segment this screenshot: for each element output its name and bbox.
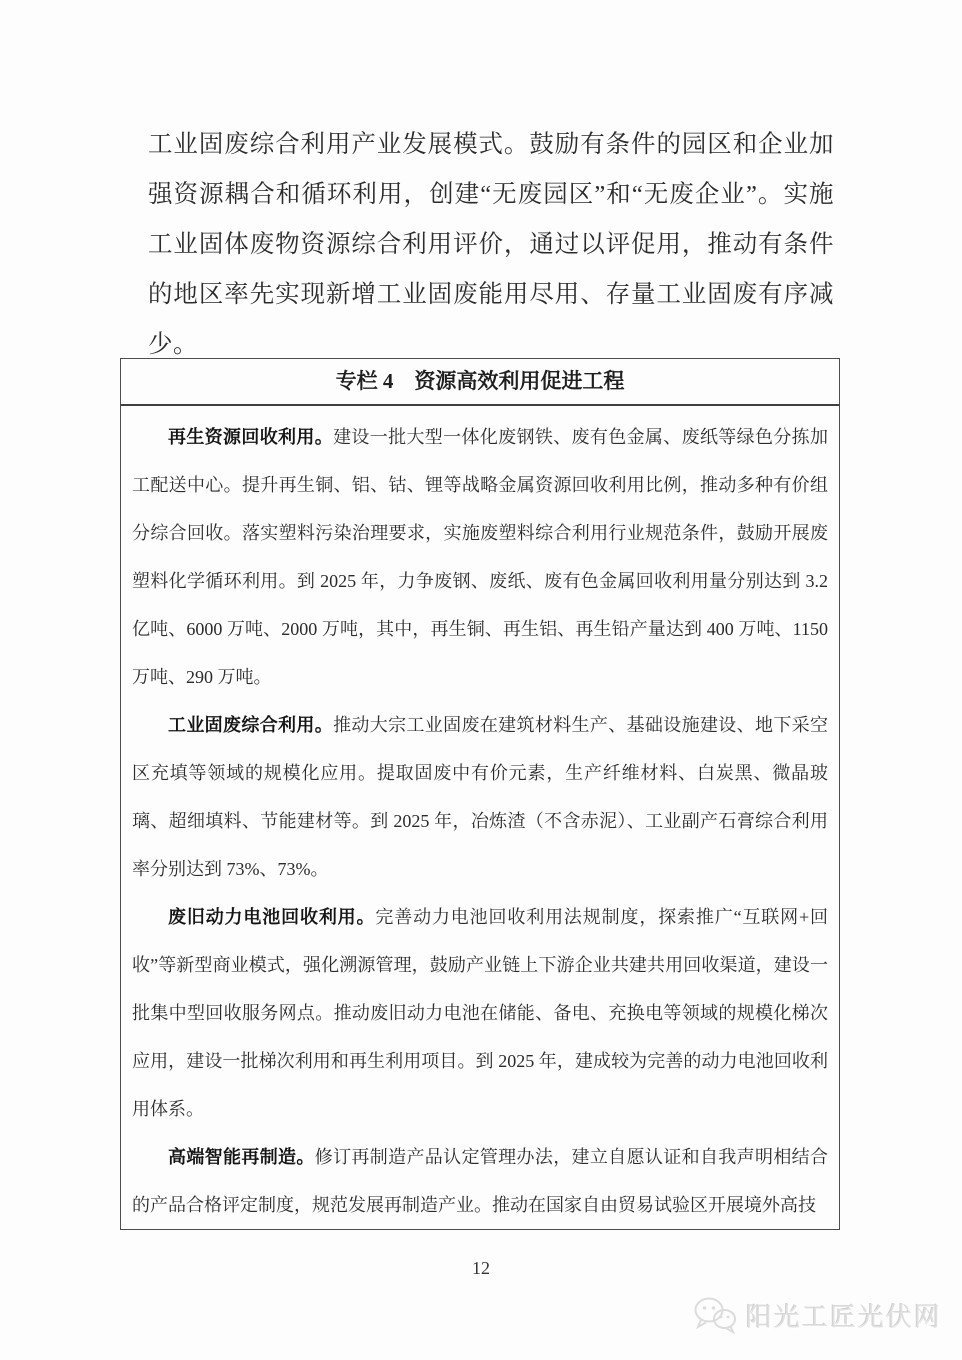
- panel-paragraph: 再生资源回收利用。建设一批大型一体化废钢铁、废有色金属、废纸等绿色分拣加工配送中…: [132, 413, 828, 701]
- paragraph-lead: 高端智能再制造。: [168, 1147, 315, 1167]
- paragraph-text: 推动大宗工业固废在建筑材料生产、基础设施建设、地下采空区充填等领域的规模化应用。…: [132, 715, 828, 879]
- paragraph-lead: 工业固废综合利用。: [168, 715, 333, 735]
- panel-paragraph: 高端智能再制造。修订再制造产品认定管理办法，建立自愿认证和自我声明相结合的产品合…: [132, 1133, 828, 1229]
- intro-paragraph: 工业固废综合利用产业发展模式。鼓励有条件的园区和企业加强资源耦合和循环利用，创建…: [148, 120, 834, 370]
- wechat-icon: [692, 1296, 738, 1334]
- panel-paragraph: 废旧动力电池回收利用。完善动力电池回收利用法规制度，探索推广“互联网+回收”等新…: [132, 893, 828, 1133]
- panel-paragraph: 工业固废综合利用。推动大宗工业固废在建筑材料生产、基础设施建设、地下采空区充填等…: [132, 701, 828, 893]
- paragraph-lead: 废旧动力电池回收利用。: [168, 907, 375, 927]
- watermark-label: 阳光工匠光伏网: [746, 1297, 942, 1334]
- callout-box-title: 专栏 4 资源高效利用促进工程: [121, 359, 839, 406]
- callout-box-body: 再生资源回收利用。建设一批大型一体化废钢铁、废有色金属、废纸等绿色分拣加工配送中…: [121, 406, 839, 1229]
- callout-box: 专栏 4 资源高效利用促进工程 再生资源回收利用。建设一批大型一体化废钢铁、废有…: [120, 358, 840, 1230]
- paragraph-text: 建设一批大型一体化废钢铁、废有色金属、废纸等绿色分拣加工配送中心。提升再生铜、铝…: [132, 427, 828, 687]
- paragraph-text: 完善动力电池回收利用法规制度，探索推广“互联网+回收”等新型商业模式，强化溯源管…: [132, 907, 828, 1119]
- watermark: 阳光工匠光伏网: [692, 1296, 942, 1334]
- document-page: 工业固废综合利用产业发展模式。鼓励有条件的园区和企业加强资源耦合和循环利用，创建…: [0, 0, 962, 1360]
- paragraph-lead: 再生资源回收利用。: [168, 427, 333, 447]
- page-number: 12: [0, 1258, 962, 1279]
